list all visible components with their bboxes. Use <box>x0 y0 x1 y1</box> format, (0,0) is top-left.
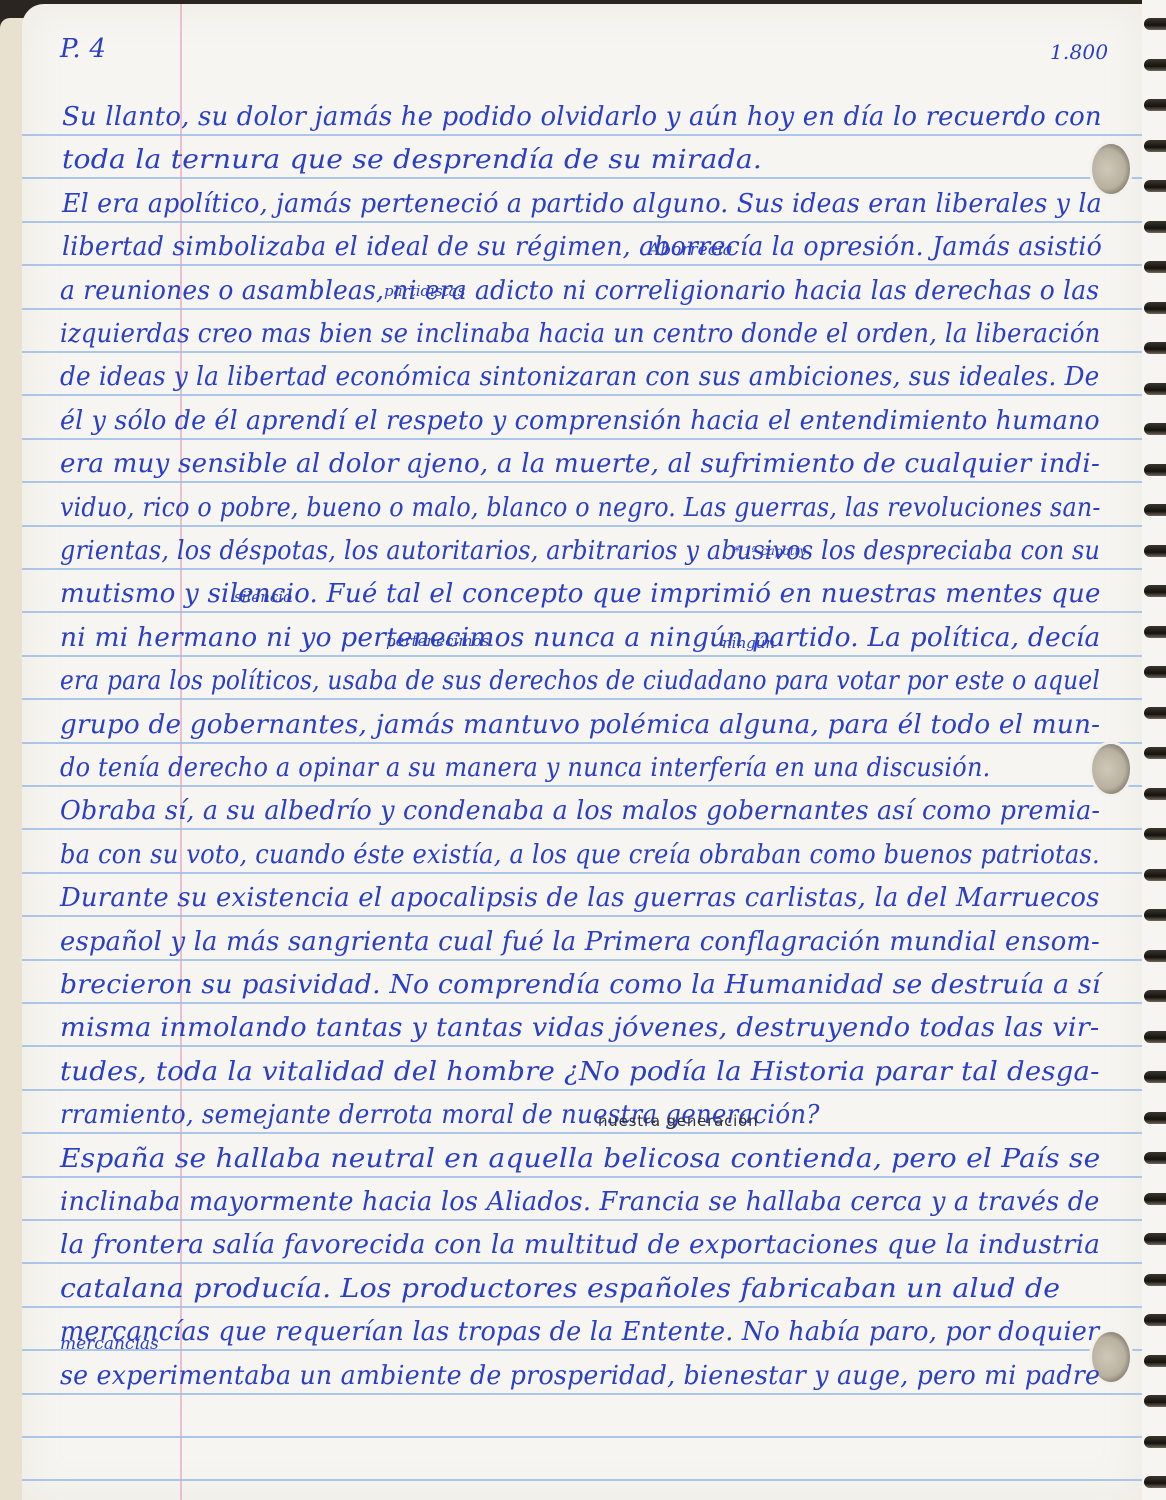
handwritten-line: español y la más sangrienta cual fué la … <box>60 927 1100 957</box>
spiral-binding <box>1142 0 1166 1500</box>
spiral-coil <box>1144 1031 1166 1043</box>
handwritten-line: viduo, rico o pobre, bueno o malo, blanc… <box>60 493 1101 523</box>
ruled-line <box>22 872 1142 874</box>
ruled-line <box>22 308 1142 310</box>
spiral-coil <box>1144 180 1166 192</box>
spiral-coil <box>1144 747 1166 759</box>
ruled-line <box>22 1393 1142 1395</box>
page-label: P. 4 <box>60 34 106 64</box>
ruled-line <box>22 828 1142 830</box>
ruled-line <box>22 1349 1142 1351</box>
handwritten-line: catalana producía. Los productores españ… <box>60 1274 1060 1304</box>
ruled-line <box>22 611 1142 613</box>
ruled-line <box>22 1479 1142 1481</box>
ruled-line <box>22 1219 1142 1221</box>
handwritten-line: Durante su existencia el apocalipsis de … <box>60 883 1100 913</box>
handwritten-line: grupo de gobernantes, jamás mantuvo polé… <box>60 710 1100 740</box>
spiral-coil <box>1144 1152 1166 1164</box>
spiral-coil <box>1144 1233 1166 1245</box>
ruled-line <box>22 915 1142 917</box>
ruled-line <box>22 698 1142 700</box>
annotation-aborrecia: Aborrecía <box>648 240 733 260</box>
ruled-line <box>22 1262 1142 1264</box>
punch-hole <box>1092 744 1130 794</box>
ruled-line <box>22 1306 1142 1308</box>
spiral-coil <box>1144 666 1166 678</box>
ruled-line <box>22 438 1142 440</box>
handwritten-line: toda la ternura que se desprendía de su … <box>62 145 762 175</box>
handwritten-line: grientas, los déspotas, los autoritarios… <box>60 536 1100 566</box>
spiral-coil <box>1144 869 1166 881</box>
annotation-capotty: * 1ª capotty <box>734 544 806 558</box>
ruled-line <box>22 394 1142 396</box>
handwritten-line: de ideas y la libertad económica sintoni… <box>60 362 1099 392</box>
handwritten-line: era para los políticos, usaba de sus der… <box>60 666 1100 696</box>
annotation-partidistas: partidistas <box>384 282 465 300</box>
spiral-coil <box>1144 1071 1166 1083</box>
ruled-line <box>22 655 1142 657</box>
spiral-coil <box>1144 464 1166 476</box>
ruled-line <box>22 481 1142 483</box>
spiral-coil <box>1144 140 1166 152</box>
annotation-pertenecimos: pertenecimos <box>386 632 489 650</box>
spiral-coil <box>1144 626 1166 638</box>
handwritten-line: brecieron su pasividad. No comprendía co… <box>60 970 1101 1000</box>
handwritten-line: inclinaba mayormente hacia los Aliados. … <box>60 1187 1100 1217</box>
spiral-coil <box>1144 221 1166 233</box>
handwritten-line: a reuniones o asambleas, ni era adicto n… <box>60 276 1099 306</box>
ruled-line <box>22 525 1142 527</box>
spiral-coil <box>1144 545 1166 557</box>
handwritten-line: Obraba sí, a su albedrío y condenaba a l… <box>60 796 1100 826</box>
handwritten-line: El era apolítico, jamás perteneció a par… <box>62 189 1102 219</box>
spiral-coil <box>1144 342 1166 354</box>
spiral-coil <box>1144 828 1166 840</box>
handwritten-line: Su llanto, su dolor jamás he podido olvi… <box>62 102 1102 132</box>
notebook-page: P. 4 1.800 Su llanto, su dolor jamás he … <box>22 4 1142 1500</box>
spiral-coil <box>1144 1436 1166 1448</box>
spiral-coil <box>1144 99 1166 111</box>
handwritten-line: tudes, toda la vitalidad del hombre ¿No … <box>60 1057 1100 1087</box>
spiral-coil <box>1144 1395 1166 1407</box>
ruled-line <box>22 177 1142 179</box>
handwritten-line: él y sólo de él aprendí el respeto y com… <box>60 406 1100 436</box>
handwritten-line: misma inmolando tantas y tantas vidas jó… <box>60 1013 1099 1043</box>
handwritten-line: mercancías que requerían las tropas de l… <box>60 1317 1099 1347</box>
annotation-ningun: ningún <box>722 634 775 652</box>
ruled-line <box>22 959 1142 961</box>
spiral-coil <box>1144 707 1166 719</box>
spiral-coil <box>1144 1274 1166 1286</box>
spiral-coil <box>1144 383 1166 395</box>
ruled-line <box>22 1436 1142 1438</box>
handwritten-line: mutismo y silencio. Fué tal el concepto … <box>60 579 1101 609</box>
spiral-coil <box>1144 1193 1166 1205</box>
spiral-coil <box>1144 59 1166 71</box>
ruled-line <box>22 221 1142 223</box>
spiral-coil <box>1144 423 1166 435</box>
ruled-line <box>22 1176 1142 1178</box>
ruled-line <box>22 264 1142 266</box>
handwritten-line: España se hallaba neutral en aquella bel… <box>60 1144 1100 1174</box>
annotation-nuestra-generacion: nuestra generación <box>598 1112 758 1130</box>
handwritten-line: era muy sensible al dolor ajeno, a la mu… <box>60 449 1100 479</box>
spiral-coil <box>1144 1355 1166 1367</box>
annotation-silencio: silencio <box>234 588 292 606</box>
handwritten-line: se experimentaba un ambiente de prosperi… <box>60 1361 1100 1391</box>
handwritten-line: do tenía derecho a opinar a su manera y … <box>60 753 990 783</box>
spiral-coil <box>1144 990 1166 1002</box>
ruled-line <box>22 1045 1142 1047</box>
handwritten-line: la frontera salía favorecida con la mult… <box>60 1230 1100 1260</box>
handwritten-line: izquierdas creo mas bien se inclinaba ha… <box>60 319 1100 349</box>
page-number: 1.800 <box>1050 40 1108 64</box>
ruled-line <box>22 1002 1142 1004</box>
spiral-coil <box>1144 261 1166 273</box>
spiral-coil <box>1144 302 1166 314</box>
ruled-line <box>22 351 1142 353</box>
spiral-coil <box>1144 1314 1166 1326</box>
spiral-coil <box>1144 1112 1166 1124</box>
ruled-line <box>22 568 1142 570</box>
punch-hole <box>1092 144 1130 194</box>
handwritten-line: ba con su voto, cuando éste existía, a l… <box>60 840 1100 870</box>
ruled-line <box>22 1089 1142 1091</box>
ruled-line <box>22 134 1142 136</box>
ruled-line <box>22 1132 1142 1134</box>
handwritten-line: libertad simbolizaba el ideal de su régi… <box>62 232 1102 262</box>
spiral-coil <box>1144 909 1166 921</box>
annotation-mercancias: mercancías <box>60 1334 159 1354</box>
spiral-coil <box>1144 504 1166 516</box>
spiral-coil <box>1144 950 1166 962</box>
ruled-line <box>22 742 1142 744</box>
handwritten-line: ni mi hermano ni yo pertenecimos nunca a… <box>60 623 1100 653</box>
spiral-coil <box>1144 18 1166 30</box>
spiral-coil <box>1144 788 1166 800</box>
spiral-coil <box>1144 585 1166 597</box>
ruled-line <box>22 785 1142 787</box>
spiral-coil <box>1144 1476 1166 1488</box>
